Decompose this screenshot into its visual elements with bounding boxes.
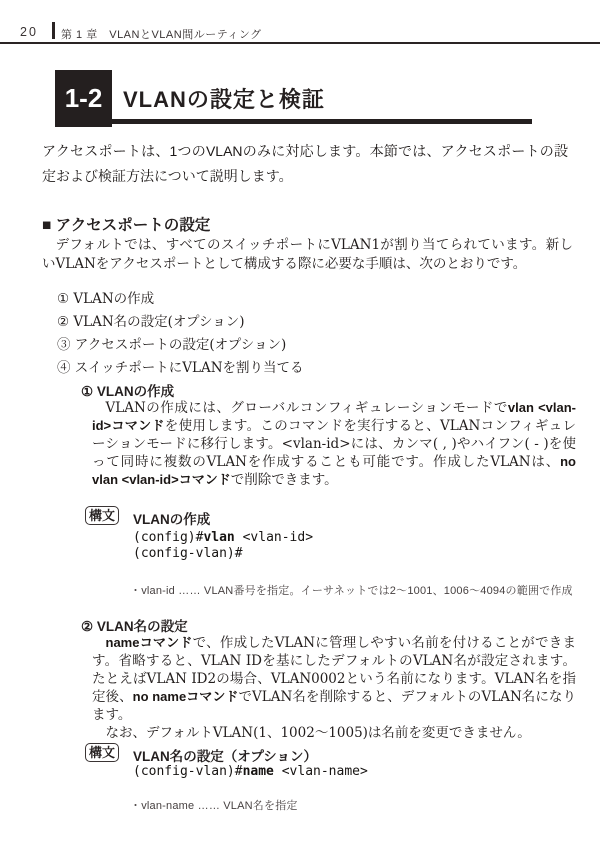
access-port-heading: ■ アクセスポートの設定 [42,213,210,235]
text-run: VLANの作成には、グローバルコンフィギュレーションモードで [106,400,508,416]
code-line: (config)#vlan <vlan-id> [133,530,313,546]
syntax-label: 構文 [85,743,119,762]
vlan-naming-note-paragraph: なお、デフォルトVLAN(1、1002～1005)は名前を変更できません。 [92,724,576,742]
step-item: ③ アクセスポートの設定(オプション) [57,334,304,357]
text-run: を使用します。このコマンドを実行すると、VLANコンフィギュレーションモードに移… [92,418,576,470]
code-keyword: vlan [203,530,234,545]
vlan-naming-heading: ② VLAN名の設定 [81,615,188,635]
vlan-naming-body: nameコマンドで、作成したVLANに管理しやすい名前を付けることができます。省… [92,634,576,742]
code-line: (config-vlan)#name <vlan-name> [133,764,368,780]
section-title-rule [112,119,532,124]
header-rule [0,42,600,44]
chapter-title: 第 1 章 VLANとVLAN間ルーティング [61,26,262,42]
code-keyword: name [243,764,274,779]
code-args: <vlan-name> [274,764,368,779]
section-title: VLANの設定と検証 [123,83,325,114]
code-line: (config-vlan)# [133,546,313,562]
chapter-divider-bar [52,22,55,39]
syntax-note-naming: ・vlan-name …… VLAN名を指定 [130,797,298,813]
book-page: 20 第 1 章 VLANとVLAN間ルーティング 1-2 VLANの設定と検証… [0,0,600,852]
step-item: ① VLANの作成 [57,288,304,311]
step-item: ④ スイッチポートにVLANを割り当てる [57,357,304,380]
command-text: no nameコマンド [133,689,239,704]
step-item: ② VLAN名の設定(オプション) [57,311,304,334]
syntax-note-creation: ・vlan-id …… VLAN番号を指定。イーサネットでは2～1001、100… [130,582,573,598]
code-prefix: (config)# [133,530,203,545]
access-port-lead: デフォルトでは、すべてのスイッチポートにVLAN1が割り当てられています。新しい… [42,236,573,273]
steps-list: ① VLANの作成 ② VLAN名の設定(オプション) ③ アクセスポートの設定… [57,288,304,380]
vlan-creation-heading: ① VLANの作成 [81,380,174,400]
code-args: <vlan-id> [235,530,313,545]
vlan-creation-paragraph: VLANの作成には、グローバルコンフィギュレーションモードでvlan <vlan… [92,399,576,489]
vlan-naming-paragraph: nameコマンドで、作成したVLANに管理しやすい名前を付けることができます。省… [92,634,576,724]
syntax-code-creation: (config)#vlan <vlan-id>(config-vlan)# [133,530,313,561]
syntax-code-naming: (config-vlan)#name <vlan-name> [133,764,368,780]
text-run: で削除できます。 [231,472,338,488]
code-prefix: (config-vlan)# [133,764,243,779]
code-prefix: (config-vlan)# [133,546,243,561]
vlan-creation-body: VLANの作成には、グローバルコンフィギュレーションモードでvlan <vlan… [92,399,576,489]
section-number: 1-2 [65,83,103,114]
section-number-box: 1-2 [55,70,112,127]
intro-paragraph: アクセスポートは、1つのVLANのみに対応します。本節では、アクセスポートの設定… [42,139,568,189]
command-text: nameコマンド [106,635,193,650]
syntax-title-creation: VLANの作成 [133,508,210,528]
syntax-label: 構文 [85,506,119,525]
syntax-title-naming: VLAN名の設定（オプション） [133,745,317,765]
page-number: 20 [20,25,38,39]
